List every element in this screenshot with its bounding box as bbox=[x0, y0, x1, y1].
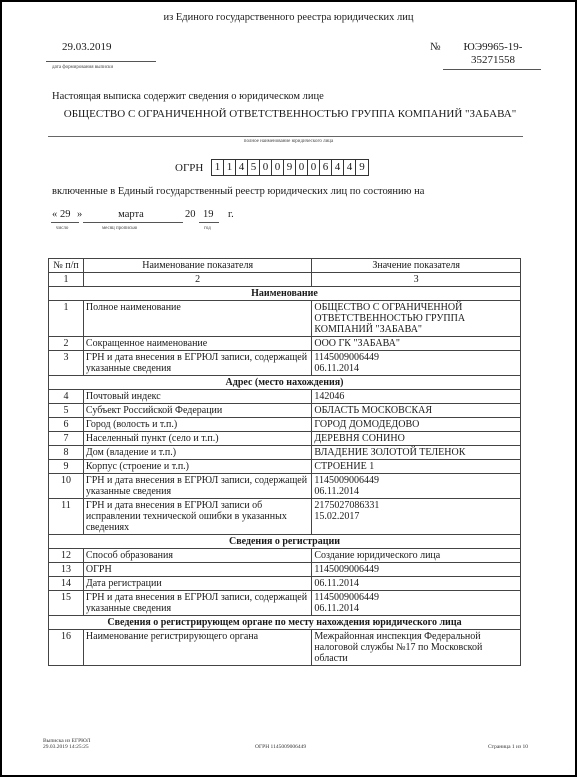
row-number: 6 bbox=[49, 418, 84, 432]
table-row: 11ГРН и дата внесения в ЕГРЮЛ записи об … bbox=[49, 499, 521, 535]
as-of-century: 20 bbox=[185, 209, 196, 220]
date-close-quote: » bbox=[77, 209, 82, 220]
year-caption: год bbox=[204, 226, 211, 231]
table-row: 16Наименование регистрирующего органаМеж… bbox=[49, 630, 521, 666]
table-row: 14Дата регистрации06.11.2014 bbox=[49, 577, 521, 591]
month-caption: месяц прописью bbox=[102, 226, 137, 231]
table-row: 5Субъект Российской ФедерацииОБЛАСТЬ МОС… bbox=[49, 404, 521, 418]
table-section-row: Наименование bbox=[49, 287, 521, 301]
table-row: 3ГРН и дата внесения в ЕГРЮЛ записи, сод… bbox=[49, 351, 521, 376]
table-index-row: 1 2 3 bbox=[49, 273, 521, 287]
row-indicator-name: Сокращенное наименование bbox=[83, 337, 311, 351]
row-indicator-value: ОБЩЕСТВО С ОГРАНИЧЕННОЙ ОТВЕТСТВЕННОСТЬЮ… bbox=[312, 301, 521, 337]
row-number: 7 bbox=[49, 432, 84, 446]
row-number: 5 bbox=[49, 404, 84, 418]
row-indicator-value: 2175027086331 15.02.2017 bbox=[312, 499, 521, 535]
row-number: 16 bbox=[49, 630, 84, 666]
row-number: 4 bbox=[49, 390, 84, 404]
extract-number: ЮЭ9965-19- 35271558 bbox=[458, 41, 528, 67]
section-title: Сведения о регистрации bbox=[49, 535, 521, 549]
table-section-row: Сведения о регистрирующем органе по мест… bbox=[49, 616, 521, 630]
ogrn-digit-box: 4 bbox=[236, 160, 248, 175]
row-indicator-value: Межрайонная инспекция Федеральной налого… bbox=[312, 630, 521, 666]
row-number: 15 bbox=[49, 591, 84, 616]
ogrn-digit-boxes: 1145009006449 bbox=[211, 159, 369, 176]
extract-date-underline bbox=[46, 61, 156, 62]
row-indicator-name: Город (волость и т.п.) bbox=[83, 418, 311, 432]
row-indicator-name: ГРН и дата внесения в ЕГРЮЛ записи, соде… bbox=[83, 591, 311, 616]
row-indicator-name: Почтовый индекс bbox=[83, 390, 311, 404]
row-indicator-name: Дата регистрации bbox=[83, 577, 311, 591]
footer-extract-info: Выписка из ЕГРЮЛ 29.03.2019 14:25:25 bbox=[43, 738, 90, 750]
section-title: Наименование bbox=[49, 287, 521, 301]
ogrn-digit-box: 0 bbox=[296, 160, 308, 175]
row-indicator-value: 1145009006449 06.11.2014 bbox=[312, 591, 521, 616]
year-underline bbox=[199, 222, 219, 223]
row-number: 8 bbox=[49, 446, 84, 460]
section-title: Адрес (место нахождения) bbox=[49, 376, 521, 390]
table-header-row: № п/п Наименование показателя Значение п… bbox=[49, 259, 521, 273]
row-indicator-name: Способ образования bbox=[83, 549, 311, 563]
table-row: 1Полное наименованиеОБЩЕСТВО С ОГРАНИЧЕН… bbox=[49, 301, 521, 337]
index-col-3: 3 bbox=[312, 273, 521, 287]
day-underline bbox=[51, 222, 79, 223]
row-number: 9 bbox=[49, 460, 84, 474]
row-number: 1 bbox=[49, 301, 84, 337]
row-indicator-name: Населенный пункт (село и т.п.) bbox=[83, 432, 311, 446]
row-indicator-value: 1145009006449 06.11.2014 bbox=[312, 474, 521, 499]
table-row: 12Способ образованияСоздание юридическог… bbox=[49, 549, 521, 563]
date-open-quote: « bbox=[52, 209, 57, 220]
extract-date-caption: дата формирования выписки bbox=[52, 65, 113, 70]
table-section-row: Адрес (место нахождения) bbox=[49, 376, 521, 390]
footer-extract-timestamp: 29.03.2019 14:25:25 bbox=[43, 744, 90, 750]
ogrn-digit-box: 4 bbox=[344, 160, 356, 175]
ogrn-digit-box: 9 bbox=[356, 160, 368, 175]
ogrn-digit-box: 0 bbox=[272, 160, 284, 175]
row-indicator-value: Создание юридического лица bbox=[312, 549, 521, 563]
row-indicator-value: ООО ГК "ЗАБАВА" bbox=[312, 337, 521, 351]
ogrn-digit-box: 0 bbox=[308, 160, 320, 175]
table-row: 2Сокращенное наименованиеООО ГК "ЗАБАВА" bbox=[49, 337, 521, 351]
extract-date: 29.03.2019 bbox=[62, 41, 112, 53]
row-indicator-value: СТРОЕНИЕ 1 bbox=[312, 460, 521, 474]
header-indicator-value: Значение показателя bbox=[312, 259, 521, 273]
table-row: 13ОГРН1145009006449 bbox=[49, 563, 521, 577]
row-indicator-name: Дом (владение и т.п.) bbox=[83, 446, 311, 460]
row-indicator-name: ГРН и дата внесения в ЕГРЮЛ записи об ис… bbox=[83, 499, 311, 535]
row-number: 14 bbox=[49, 577, 84, 591]
ogrn-label: ОГРН bbox=[175, 162, 203, 174]
row-indicator-value: 1145009006449 06.11.2014 bbox=[312, 351, 521, 376]
intro-text: Настоящая выписка содержит сведения о юр… bbox=[52, 91, 324, 102]
document-subtitle: из Единого государственного реестра юрид… bbox=[0, 12, 577, 23]
row-indicator-value: ДЕРЕВНЯ СОНИНО bbox=[312, 432, 521, 446]
ogrn-digit-box: 1 bbox=[224, 160, 236, 175]
table-section-row: Сведения о регистрации bbox=[49, 535, 521, 549]
ogrn-digit-box: 9 bbox=[284, 160, 296, 175]
organization-full-name: ОБЩЕСТВО С ОГРАНИЧЕННОЙ ОТВЕТСТВЕННОСТЬЮ… bbox=[40, 108, 540, 120]
day-caption: число bbox=[56, 226, 68, 231]
row-indicator-value: 1145009006449 bbox=[312, 563, 521, 577]
table-row: 4Почтовый индекс142046 bbox=[49, 390, 521, 404]
ogrn-digit-box: 5 bbox=[248, 160, 260, 175]
row-indicator-name: ОГРН bbox=[83, 563, 311, 577]
row-indicator-name: Субъект Российской Федерации bbox=[83, 404, 311, 418]
as-of-year-suffix: г. bbox=[228, 209, 234, 220]
ogrn-digit-box: 4 bbox=[332, 160, 344, 175]
as-of-month: марта bbox=[100, 209, 162, 220]
row-indicator-name: Наименование регистрирующего органа bbox=[83, 630, 311, 666]
ogrn-digit-box: 6 bbox=[320, 160, 332, 175]
row-number: 11 bbox=[49, 499, 84, 535]
row-indicator-value: 06.11.2014 bbox=[312, 577, 521, 591]
included-text: включенные в Единый государственный реес… bbox=[52, 186, 424, 197]
footer-page-number: Страница 1 из 10 bbox=[488, 744, 528, 750]
row-indicator-name: Полное наименование bbox=[83, 301, 311, 337]
header-number: № п/п bbox=[49, 259, 84, 273]
index-col-1: 1 bbox=[49, 273, 84, 287]
organization-name-underline bbox=[48, 136, 523, 137]
row-indicator-name: ГРН и дата внесения в ЕГРЮЛ записи, соде… bbox=[83, 474, 311, 499]
organization-name-caption: полное наименование юридического лица bbox=[0, 139, 577, 144]
row-number: 12 bbox=[49, 549, 84, 563]
header-indicator-name: Наименование показателя bbox=[83, 259, 311, 273]
index-col-2: 2 bbox=[83, 273, 311, 287]
row-number: 3 bbox=[49, 351, 84, 376]
row-indicator-name: ГРН и дата внесения в ЕГРЮЛ записи, соде… bbox=[83, 351, 311, 376]
ogrn-digit-box: 0 bbox=[260, 160, 272, 175]
row-number: 10 bbox=[49, 474, 84, 499]
month-underline bbox=[83, 222, 183, 223]
ogrn-digit-box: 1 bbox=[212, 160, 224, 175]
row-number: 2 bbox=[49, 337, 84, 351]
table-row: 8Дом (владение и т.п.)ВЛАДЕНИЕ ЗОЛОТОЙ Т… bbox=[49, 446, 521, 460]
table-row: 10ГРН и дата внесения в ЕГРЮЛ записи, со… bbox=[49, 474, 521, 499]
table-row: 7Населенный пункт (село и т.п.)ДЕРЕВНЯ С… bbox=[49, 432, 521, 446]
footer-ogrn: ОГРН 1145009006449 bbox=[255, 744, 306, 750]
registry-table: № п/п Наименование показателя Значение п… bbox=[48, 258, 521, 666]
table-row: 9Корпус (строение и т.п.)СТРОЕНИЕ 1 bbox=[49, 460, 521, 474]
as-of-year: 19 bbox=[203, 209, 214, 220]
table-row: 15ГРН и дата внесения в ЕГРЮЛ записи, со… bbox=[49, 591, 521, 616]
table-row: 6Город (волость и т.п.)ГОРОД ДОМОДЕДОВО bbox=[49, 418, 521, 432]
extract-number-underline bbox=[443, 69, 541, 70]
row-indicator-value: ГОРОД ДОМОДЕДОВО bbox=[312, 418, 521, 432]
section-title: Сведения о регистрирующем органе по мест… bbox=[49, 616, 521, 630]
extract-number-sign: № bbox=[430, 41, 441, 53]
row-number: 13 bbox=[49, 563, 84, 577]
row-indicator-value: 142046 bbox=[312, 390, 521, 404]
row-indicator-value: ОБЛАСТЬ МОСКОВСКАЯ bbox=[312, 404, 521, 418]
row-indicator-value: ВЛАДЕНИЕ ЗОЛОТОЙ ТЕЛЕНОК bbox=[312, 446, 521, 460]
as-of-day: 29 bbox=[60, 209, 71, 220]
row-indicator-name: Корпус (строение и т.п.) bbox=[83, 460, 311, 474]
